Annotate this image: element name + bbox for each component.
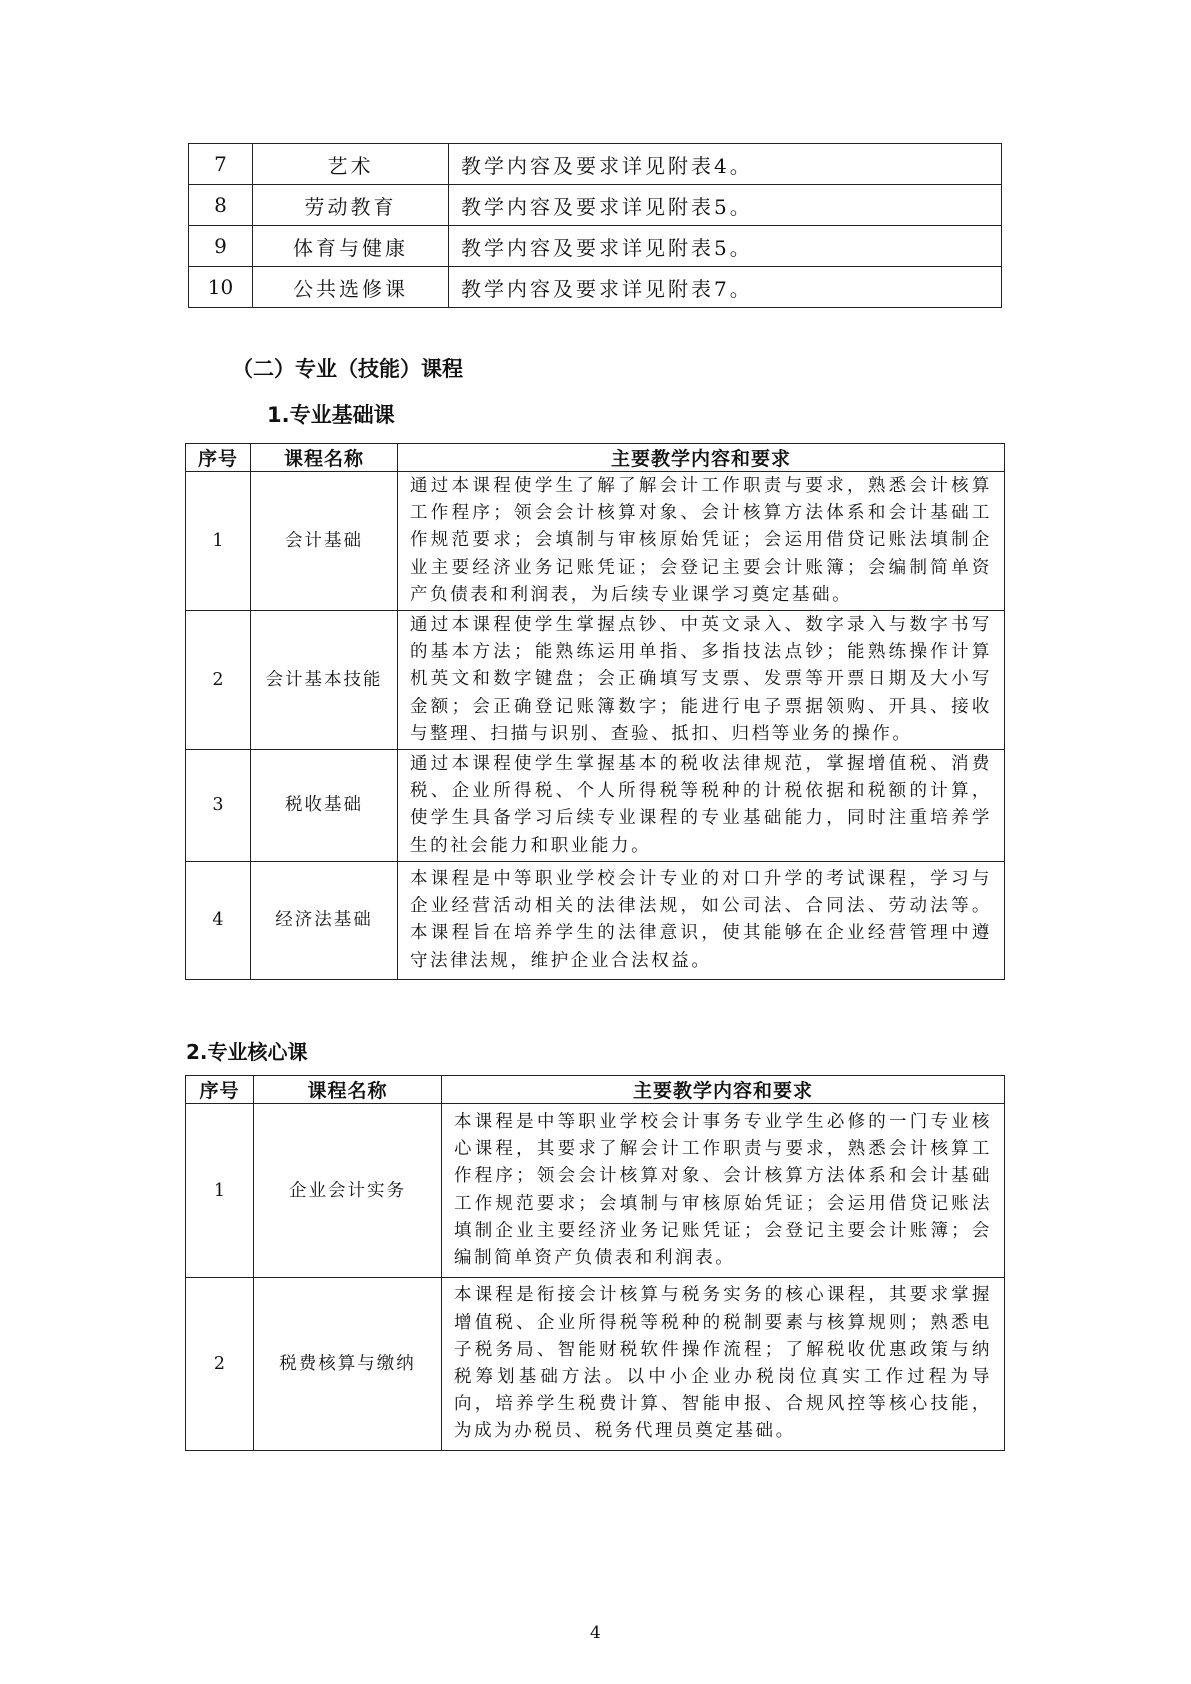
course-name: 会计基础 (251, 472, 398, 611)
table-row: 3 税收基础 通过本课程使学生掌握基本的税收法律规范，掌握增值税、消费税、企业所… (186, 750, 1005, 862)
table-row: 4 经济法基础 本课程是中等职业学校会计专业的对口升学的考试课程，学习与企业经营… (186, 861, 1005, 979)
course-description: 本课程是中等职业学校会计事务专业学生必修的一门专业核心课程，其要求了解会计工作职… (442, 1104, 1005, 1278)
course-name: 劳动教育 (253, 185, 449, 226)
course-description: 教学内容及要求详见附表4。 (449, 144, 1002, 185)
table-header-row: 序号 课程名称 主要教学内容和要求 (186, 444, 1005, 472)
course-description: 通过本课程使学生掌握点钞、中英文录入、数字录入与数字书写的基本方法；能熟练运用单… (398, 611, 1005, 750)
course-description: 教学内容及要求详见附表5。 (449, 185, 1002, 226)
course-name: 经济法基础 (251, 861, 398, 979)
table-row: 10 公共选修课 教学内容及要求详见附表7。 (189, 267, 1002, 308)
table-row: 2 税费核算与缴纳 本课程是衔接会计核算与税务实务的核心课程，其要求掌握增值税、… (186, 1278, 1005, 1451)
course-number: 2 (186, 1278, 254, 1451)
table-header-row: 序号 课程名称 主要教学内容和要求 (186, 1076, 1005, 1104)
column-header-number: 序号 (186, 444, 251, 472)
core-courses-table: 序号 课程名称 主要教学内容和要求 1 企业会计实务 本课程是中等职业学校会计事… (185, 1075, 1005, 1451)
course-description: 通过本课程使学生掌握基本的税收法律规范，掌握增值税、消费税、企业所得税、个人所得… (398, 750, 1005, 862)
course-name: 税收基础 (251, 750, 398, 862)
table-row: 1 企业会计实务 本课程是中等职业学校会计事务专业学生必修的一门专业核心课程，其… (186, 1104, 1005, 1278)
column-header-number: 序号 (186, 1076, 254, 1104)
course-description: 教学内容及要求详见附表5。 (449, 226, 1002, 267)
table-row: 7 艺术 教学内容及要求详见附表4。 (189, 144, 1002, 185)
column-header-description: 主要教学内容和要求 (442, 1076, 1005, 1104)
course-description: 通过本课程使学生了解了解会计工作职责与要求，熟悉会计核算工作程序；领会会计核算对… (398, 472, 1005, 611)
course-name: 会计基本技能 (251, 611, 398, 750)
course-name: 税费核算与缴纳 (254, 1278, 442, 1451)
course-description: 教学内容及要求详见附表7。 (449, 267, 1002, 308)
column-header-description: 主要教学内容和要求 (398, 444, 1005, 472)
course-number: 10 (189, 267, 253, 308)
basic-courses-table: 序号 课程名称 主要教学内容和要求 1 会计基础 通过本课程使学生了解了解会计工… (185, 443, 1005, 980)
page-number: 4 (590, 1623, 601, 1643)
course-description: 本课程是中等职业学校会计专业的对口升学的考试课程，学习与企业经营活动相关的法律法… (398, 861, 1005, 979)
table-row: 2 会计基本技能 通过本课程使学生掌握点钞、中英文录入、数字录入与数字书写的基本… (186, 611, 1005, 750)
column-header-name: 课程名称 (251, 444, 398, 472)
course-number: 1 (186, 1104, 254, 1278)
table-row: 8 劳动教育 教学内容及要求详见附表5。 (189, 185, 1002, 226)
course-number: 8 (189, 185, 253, 226)
basic-courses-heading: 1.专业基础课 (267, 399, 395, 429)
course-number: 1 (186, 472, 251, 611)
course-name: 企业会计实务 (254, 1104, 442, 1278)
section-title: （二）专业（技能）课程 (232, 353, 463, 383)
column-header-name: 课程名称 (254, 1076, 442, 1104)
course-name: 公共选修课 (253, 267, 449, 308)
core-courses-heading: 2.专业核心课 (186, 1036, 308, 1065)
table-row: 1 会计基础 通过本课程使学生了解了解会计工作职责与要求，熟悉会计核算工作程序；… (186, 472, 1005, 611)
course-description: 本课程是衔接会计核算与税务实务的核心课程，其要求掌握增值税、企业所得税等税种的税… (442, 1278, 1005, 1451)
course-number: 4 (186, 861, 251, 979)
course-name: 体育与健康 (253, 226, 449, 267)
course-number: 2 (186, 611, 251, 750)
public-courses-table: 7 艺术 教学内容及要求详见附表4。 8 劳动教育 教学内容及要求详见附表5。 … (188, 143, 1002, 308)
course-number: 3 (186, 750, 251, 862)
course-number: 9 (189, 226, 253, 267)
course-number: 7 (189, 144, 253, 185)
course-name: 艺术 (253, 144, 449, 185)
table-row: 9 体育与健康 教学内容及要求详见附表5。 (189, 226, 1002, 267)
